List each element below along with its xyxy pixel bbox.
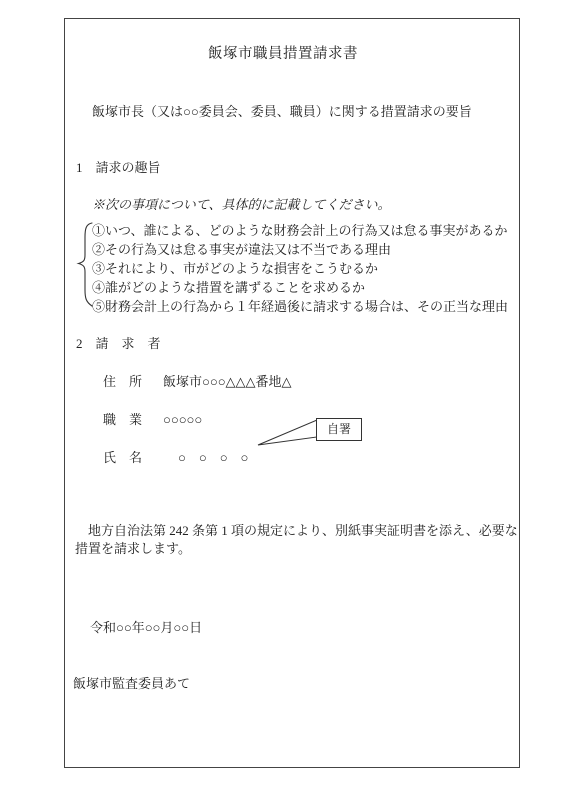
self-signature-callout: 自署	[316, 418, 362, 441]
legal-statement-line1: 地方自治法第 242 条第 1 項の規定により、別紙事実証明書を添え、必要な	[75, 524, 518, 539]
legal-statement-line2: 措置を請求します。	[75, 542, 191, 557]
date-line: 令和○○年○○月○○日	[90, 621, 202, 636]
recipient-line: 飯塚市監査委員あて	[73, 677, 190, 692]
document-page: 飯塚市職員措置請求書 飯塚市長（又は○○委員会、委員、職員）に関する措置請求の要…	[0, 0, 566, 800]
